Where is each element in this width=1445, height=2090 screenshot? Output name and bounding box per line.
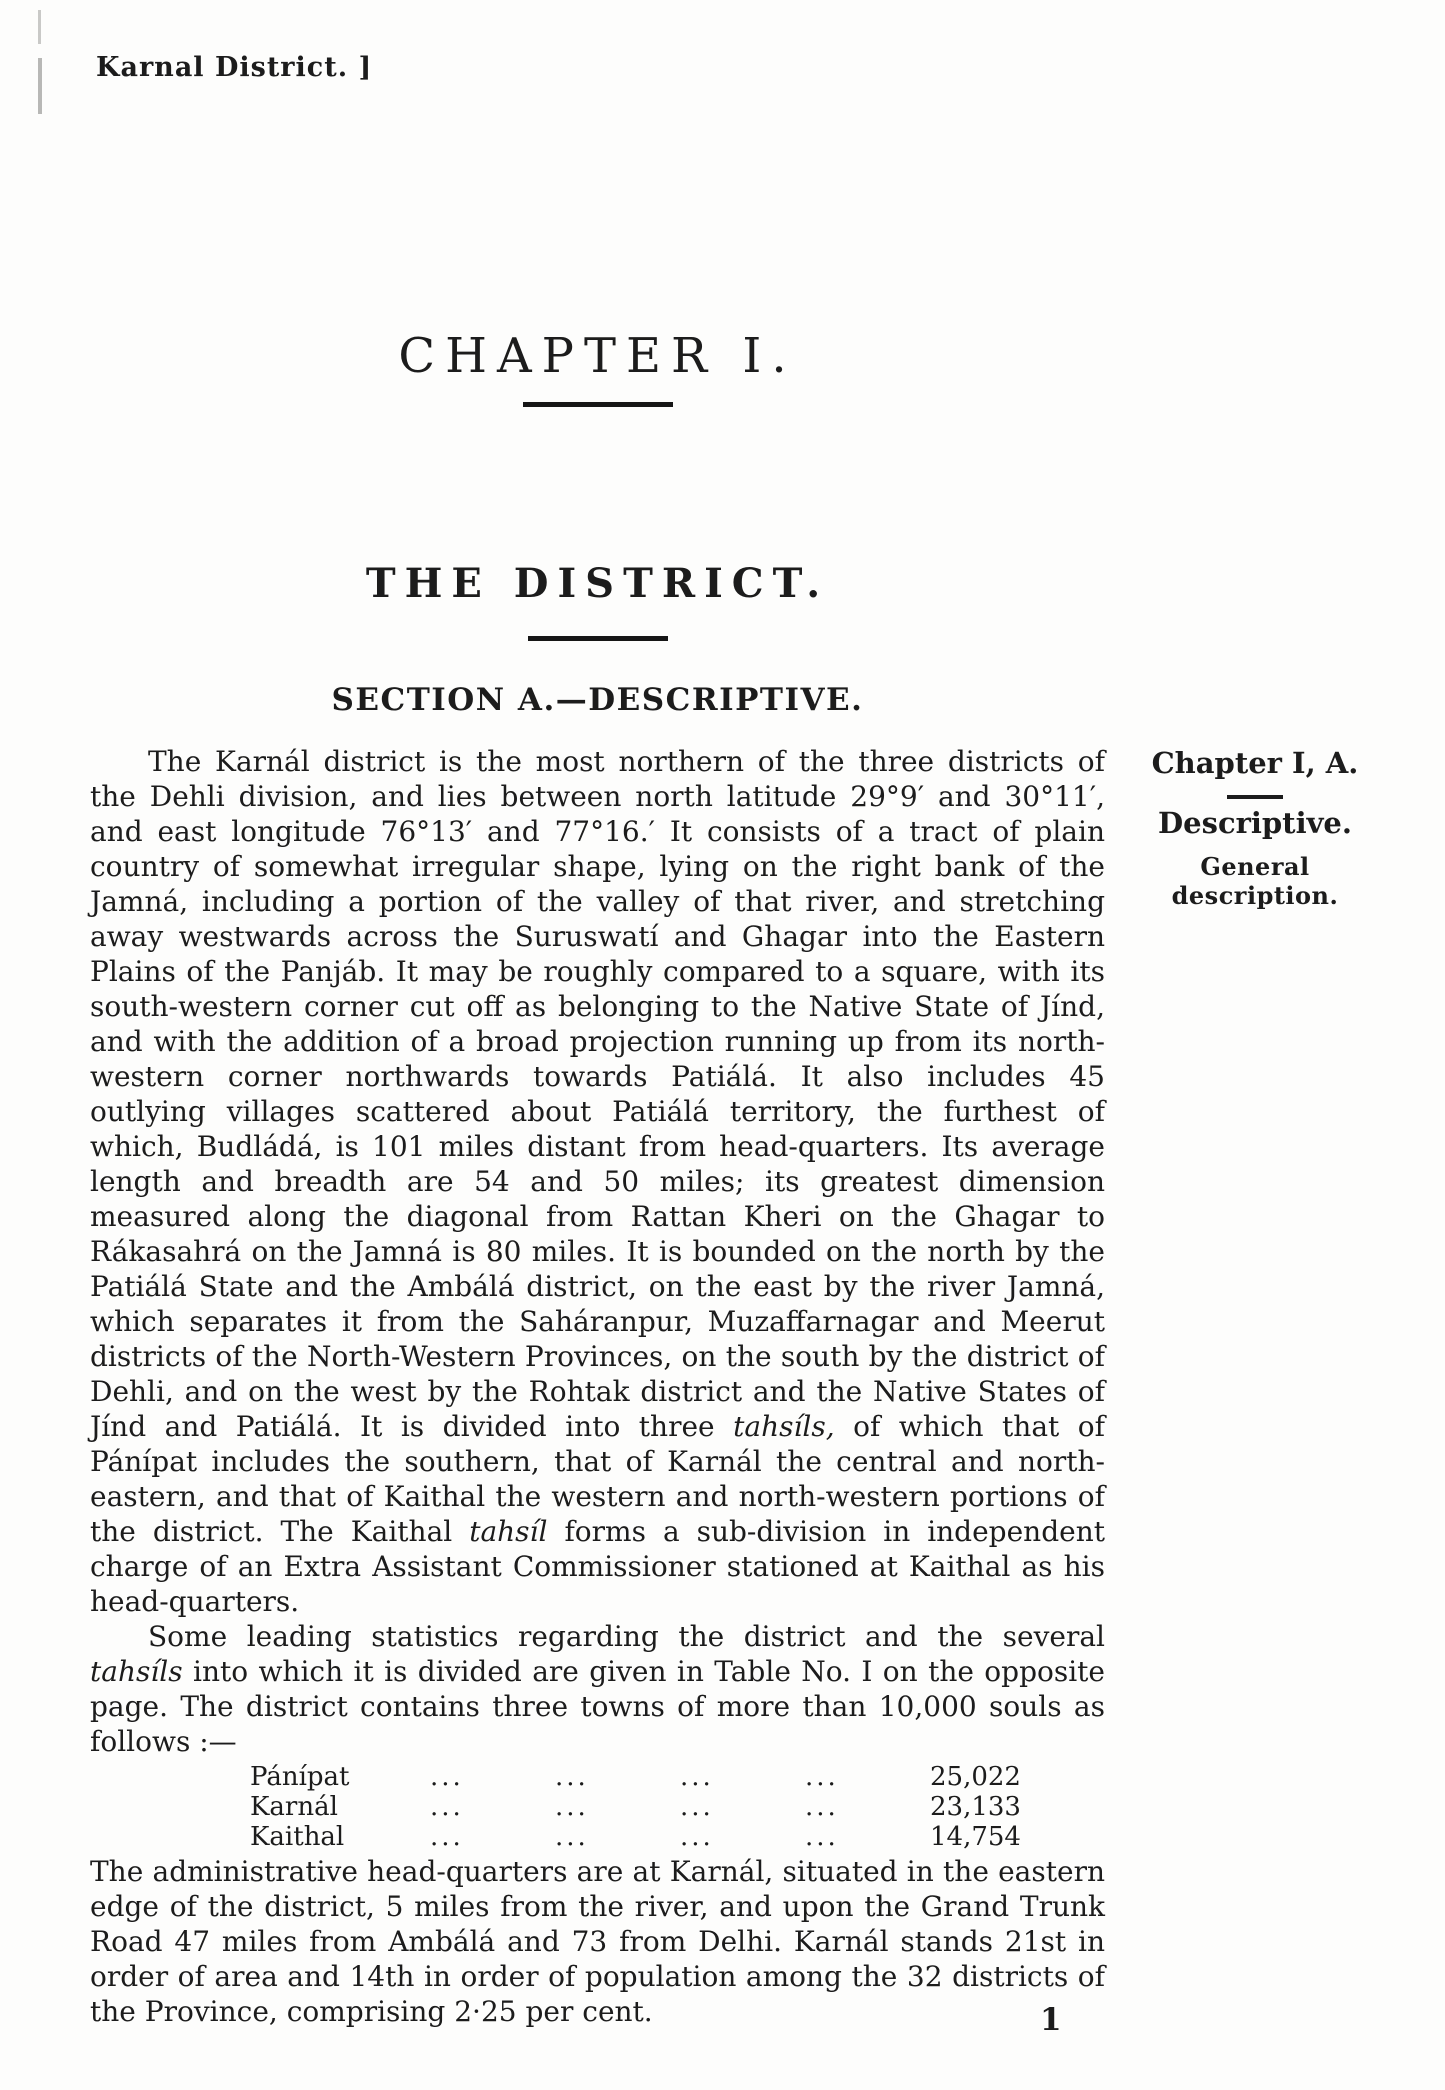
running-header: Karnal District. ] [96, 52, 372, 83]
dot-leader: ... [805, 1762, 930, 1792]
dot-leader: ... [430, 1792, 555, 1822]
table-row: Pánípat ... ... ... ... 25,022 [90, 1762, 1105, 1792]
divider-rule [528, 636, 668, 641]
dot-leader: ... [680, 1792, 805, 1822]
text-run: The Karnál district is the most northern… [90, 745, 1105, 1443]
town-name: Pánípat [250, 1762, 430, 1792]
page-number: 1 [1040, 2002, 1062, 2038]
paragraph-headquarters: The administrative head-quarters are at … [90, 1854, 1105, 2029]
population-value: 14,754 [930, 1822, 1010, 1852]
chapter-title: CHAPTER I. [90, 328, 1105, 384]
dot-leader: ... [430, 1762, 555, 1792]
population-value: 23,133 [930, 1792, 1010, 1822]
dot-leader: ... [805, 1792, 930, 1822]
dot-leader: ... [430, 1822, 555, 1852]
paragraph-general-description: The Karnál district is the most northern… [90, 744, 1105, 1619]
scan-edge-artifact [38, 58, 42, 114]
town-name: Kaithal [250, 1822, 430, 1852]
text-run: Some leading statistics regarding the di… [148, 1620, 1105, 1653]
text-run-italic: tahsíls, [733, 1410, 835, 1443]
body-text-column: The Karnál district is the most northern… [90, 744, 1105, 2029]
dot-leader: ... [805, 1822, 930, 1852]
margin-note-section: Descriptive. [1130, 806, 1380, 840]
dot-leader: ... [680, 1762, 805, 1792]
scan-edge-artifact [38, 10, 41, 44]
dot-leader: ... [555, 1822, 680, 1852]
margin-note-chapter: Chapter I, A. [1130, 746, 1380, 780]
town-population-list: Pánípat ... ... ... ... 25,022 Karnál ..… [90, 1762, 1105, 1852]
text-run-italic: tahsíl [469, 1515, 547, 1548]
margin-note-topic: General description. [1130, 852, 1380, 910]
population-value: 25,022 [930, 1762, 1010, 1792]
table-row: Kaithal ... ... ... ... 14,754 [90, 1822, 1105, 1852]
town-name: Karnál [250, 1792, 430, 1822]
scanned-book-page: Karnal District. ] CHAPTER I. THE DISTRI… [0, 0, 1445, 2090]
text-run-italic: tahsíls [90, 1655, 183, 1688]
district-title: THE DISTRICT. [90, 560, 1105, 607]
table-row: Karnál ... ... ... ... 23,133 [90, 1792, 1105, 1822]
dot-leader: ... [555, 1792, 680, 1822]
paragraph-statistics-intro: Some leading statistics regarding the di… [90, 1619, 1105, 1759]
margin-note-rule [1227, 795, 1283, 799]
dot-leader: ... [555, 1762, 680, 1792]
text-run: into which it is divided are given in Ta… [90, 1655, 1105, 1758]
section-heading: SECTION A.—DESCRIPTIVE. [90, 682, 1105, 718]
divider-rule [523, 402, 673, 407]
dot-leader: ... [680, 1822, 805, 1852]
